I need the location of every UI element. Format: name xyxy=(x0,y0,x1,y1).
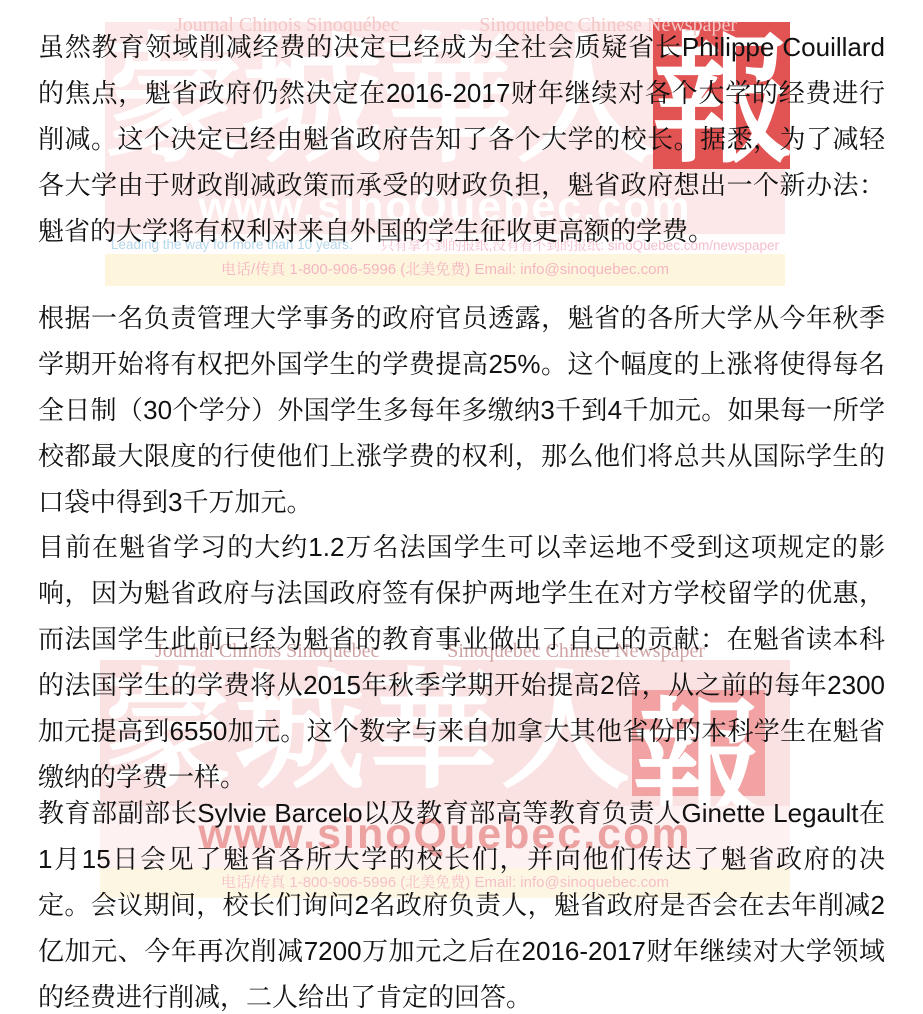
article-paragraph: 目前在魁省学习的大约1.2万名法国学生可以幸运地不受到这项规定的影响，因为魁省政… xyxy=(38,524,885,800)
article-paragraph: 根据一名负责管理大学事务的政府官员透露，魁省的各所大学从今年秋季学期开始将有权把… xyxy=(38,295,885,525)
article-paragraph: 教育部副部长Sylvie Barcelo以及教育部高等教育负责人Ginette … xyxy=(38,790,885,1014)
watermark-contact-strip: 电话/传真 1-800-906-5996 (北美免费) Email: info@… xyxy=(105,254,785,286)
article-paragraph: 虽然教育领域削减经费的决定已经成为全社会质疑省长Philippe Couilla… xyxy=(38,24,885,254)
